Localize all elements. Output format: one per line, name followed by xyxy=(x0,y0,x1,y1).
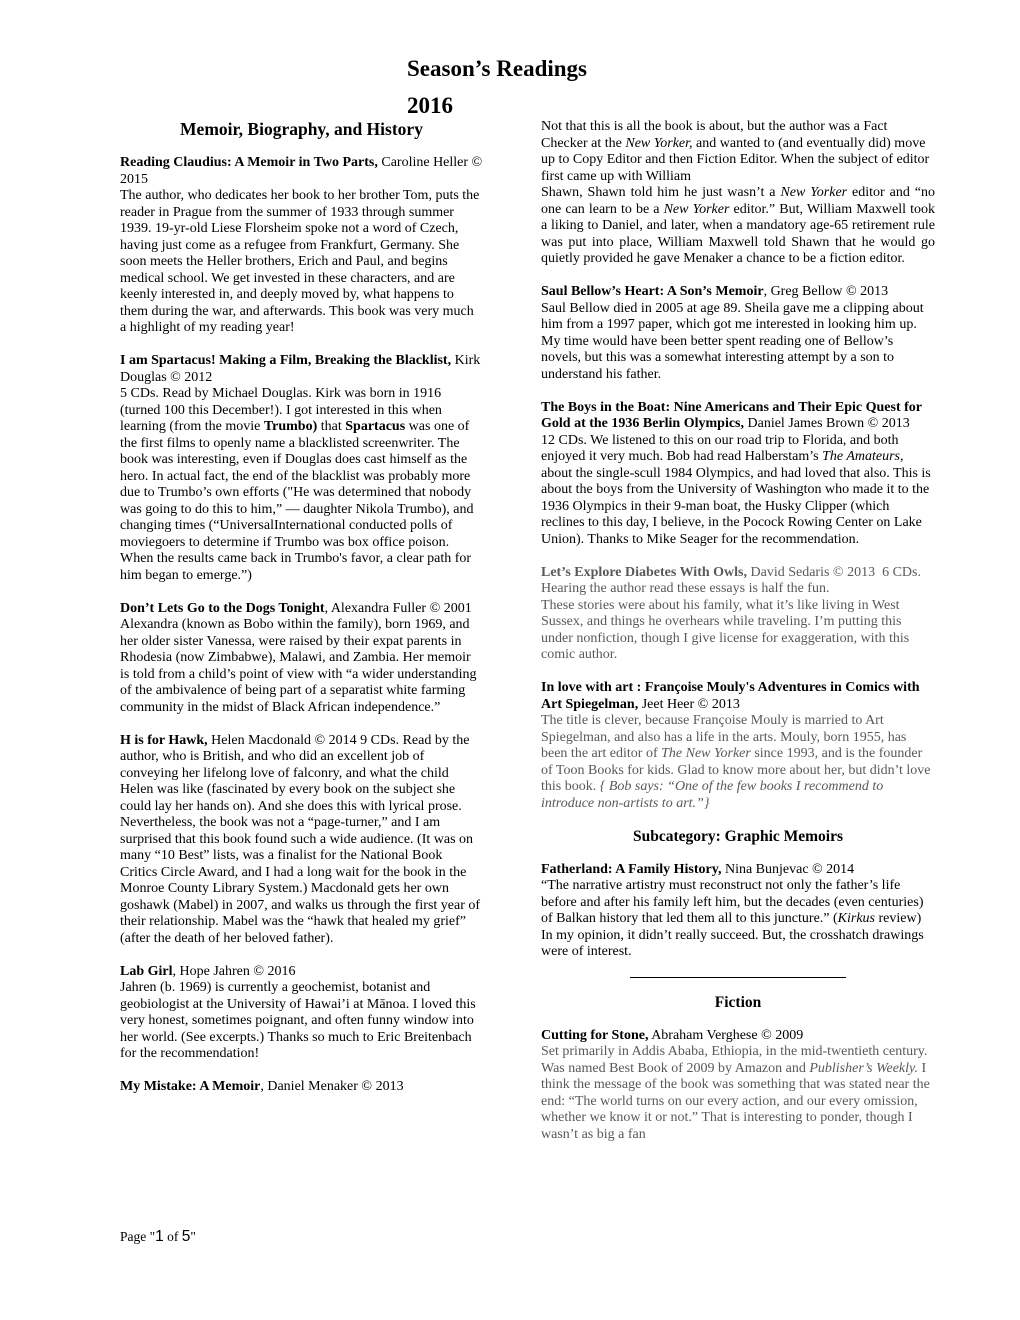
paragraph: Jahren (b. 1969) is currently a geochemi… xyxy=(120,980,483,1063)
text-segment: , Daniel Menaker © 2013 xyxy=(260,1079,403,1094)
text-segment: I am Spartacus! Making a Film, Breaking … xyxy=(120,353,451,368)
left-column-blocks: Reading Claudius: A Memoir in Two Parts,… xyxy=(120,155,483,1096)
entry-dont-lets-go-to-the-dogs: Don’t Lets Go to the Dogs Tonight, Alexa… xyxy=(120,601,483,717)
paragraph: Shawn, Shawn told him he just wasn’t a N… xyxy=(541,185,935,268)
text-segment: Publisher’s Weekly. xyxy=(809,1061,918,1076)
horizontal-divider xyxy=(630,977,846,978)
text-segment: The New Yorker xyxy=(661,746,751,761)
text-segment: Don’t Lets Go to the Dogs Tonight xyxy=(120,601,325,616)
text-segment: Abraham Verghese © 2009 xyxy=(648,1028,803,1043)
text-segment: Let’s Explore Diabetes With Owls, xyxy=(541,565,747,580)
entry-h-is-for-hawk: H is for Hawk, Helen Macdonald © 2014 9 … xyxy=(120,733,483,948)
document-title: Season’s Readings xyxy=(407,50,587,87)
text-segment: , Alexandra Fuller © 2001 xyxy=(325,601,472,616)
paragraph: Cutting for Stone, Abraham Verghese © 20… xyxy=(541,1028,935,1045)
text-segment: Jeet Heer © 2013 xyxy=(638,697,740,712)
text-segment: 1 xyxy=(155,1228,164,1245)
paragraph: Saul Bellow died in 2005 at age 89. Shei… xyxy=(541,301,935,384)
text-segment: was one of the first films to openly nam… xyxy=(120,419,473,583)
text-segment: Shawn, Shawn told him he just wasn’t a xyxy=(541,185,780,200)
right-column-blocks: Not that this is all the book is about, … xyxy=(541,119,935,1143)
paragraph: These stories were about his family, wha… xyxy=(541,598,935,664)
text-segment: New Yorker xyxy=(664,202,730,217)
paragraph: 12 CDs. We listened to this on our road … xyxy=(541,433,935,549)
section-heading: Fiction xyxy=(541,995,935,1012)
text-segment: Fiction xyxy=(715,994,762,1011)
text-segment: Alexandra (known as Bobo within the fami… xyxy=(120,617,477,715)
paragraph: Lab Girl, Hope Jahren © 2016 xyxy=(120,964,483,981)
section-heading: Subcategory: Graphic Memoirs xyxy=(541,829,935,846)
entry-reading-claudius: Reading Claudius: A Memoir in Two Parts,… xyxy=(120,155,483,337)
entry-fatherland: Fatherland: A Family History, Nina Bunje… xyxy=(541,862,935,961)
heading-graphic-memoirs: Subcategory: Graphic Memoirs xyxy=(541,829,935,846)
entry-lets-explore-diabetes: Let’s Explore Diabetes With Owls, David … xyxy=(541,565,935,664)
document-page: Season’s Readings 2016 Memoir, Biography… xyxy=(0,0,1020,1320)
entry-i-am-spartacus: I am Spartacus! Making a Film, Breaking … xyxy=(120,353,483,584)
text-segment: H is for Hawk, xyxy=(120,733,208,748)
text-segment: Nina Bunjevac © 2014 xyxy=(721,862,854,877)
text-segment: New Yorker xyxy=(780,185,847,200)
left-column: Memoir, Biography, and History Reading C… xyxy=(120,119,483,1143)
text-segment: Saul Bellow’s Heart: A Son’s Memoir xyxy=(541,284,764,299)
paragraph: The Boys in the Boat: Nine Americans and… xyxy=(541,400,935,433)
text-segment: Trumbo) xyxy=(264,419,317,434)
document-title-block: Season’s Readings 2016 xyxy=(407,50,587,124)
text-segment: Helen Macdonald © 2014 9 CDs. Read by th… xyxy=(120,733,480,946)
continuation-my-mistake-review: Not that this is all the book is about, … xyxy=(541,119,935,268)
text-segment: Spartacus xyxy=(345,419,405,434)
text-segment: Fatherland: A Family History, xyxy=(541,862,721,877)
paragraph: H is for Hawk, Helen Macdonald © 2014 9 … xyxy=(120,733,483,948)
text-segment: The author, who dedicates her book to he… xyxy=(120,188,479,335)
paragraph: The title is clever, because Françoise M… xyxy=(541,713,935,812)
text-segment: Reading Claudius: A Memoir in Two Parts, xyxy=(120,155,378,170)
text-segment: " xyxy=(190,1229,196,1244)
paragraph: Don’t Lets Go to the Dogs Tonight, Alexa… xyxy=(120,601,483,618)
paragraph: The author, who dedicates her book to he… xyxy=(120,188,483,337)
text-segment: Daniel James Brown © 2013 xyxy=(744,416,910,431)
text-segment: , Hope Jahren © 2016 xyxy=(173,964,296,979)
entry-lab-girl: Lab Girl, Hope Jahren © 2016Jahren (b. 1… xyxy=(120,964,483,1063)
entry-my-mistake: My Mistake: A Memoir, Daniel Menaker © 2… xyxy=(120,1079,483,1096)
text-segment: These stories were about his family, wha… xyxy=(541,598,909,663)
text-segment: Lab Girl xyxy=(120,964,173,979)
text-segment: of xyxy=(164,1229,182,1244)
text-segment: My Mistake: A Memoir xyxy=(120,1079,260,1094)
text-segment: Saul Bellow died in 2005 at age 89. Shei… xyxy=(541,301,924,382)
paragraph: Fatherland: A Family History, Nina Bunje… xyxy=(541,862,935,879)
paragraph: “The narrative artistry must reconstruct… xyxy=(541,878,935,961)
paragraph: Let’s Explore Diabetes With Owls, David … xyxy=(541,565,935,598)
section-divider xyxy=(541,977,935,978)
entry-in-love-with-art: In love with art : Françoise Mouly's Adv… xyxy=(541,680,935,812)
text-segment: The Amateurs xyxy=(822,449,900,464)
two-column-layout: Memoir, Biography, and History Reading C… xyxy=(120,119,935,1143)
paragraph: In love with art : Françoise Mouly's Adv… xyxy=(541,680,935,713)
entry-boys-in-the-boat: The Boys in the Boat: Nine Americans and… xyxy=(541,400,935,549)
paragraph: Set primarily in Addis Ababa, Ethiopia, … xyxy=(541,1044,935,1143)
entry-cutting-for-stone: Cutting for Stone, Abraham Verghese © 20… xyxy=(541,1028,935,1144)
text-segment: Jahren (b. 1969) is currently a geochemi… xyxy=(120,980,476,1061)
text-segment: Cutting for Stone, xyxy=(541,1028,648,1043)
text-segment: New Yorker, xyxy=(625,136,692,151)
text-segment: , Greg Bellow © 2013 xyxy=(764,284,889,299)
page-number-footer: Page "1 of 5" xyxy=(120,1228,196,1246)
paragraph: I am Spartacus! Making a Film, Breaking … xyxy=(120,353,483,386)
text-segment: that xyxy=(317,419,345,434)
paragraph: 5 CDs. Read by Michael Douglas. Kirk was… xyxy=(120,386,483,584)
paragraph: Alexandra (known as Bobo within the fami… xyxy=(120,617,483,716)
text-segment: Page " xyxy=(120,1229,155,1244)
paragraph: Not that this is all the book is about, … xyxy=(541,119,935,185)
text-segment: Subcategory: Graphic Memoirs xyxy=(633,828,843,845)
category-heading-memoir: Memoir, Biography, and History xyxy=(120,119,483,140)
right-column: Not that this is all the book is about, … xyxy=(541,119,935,1143)
heading-fiction: Fiction xyxy=(541,995,935,1012)
paragraph: Reading Claudius: A Memoir in Two Parts,… xyxy=(120,155,483,188)
paragraph: Saul Bellow’s Heart: A Son’s Memoir, Gre… xyxy=(541,284,935,301)
paragraph: My Mistake: A Memoir, Daniel Menaker © 2… xyxy=(120,1079,483,1096)
text-segment: Kirkus xyxy=(838,911,875,926)
entry-saul-bellows-heart: Saul Bellow’s Heart: A Son’s Memoir, Gre… xyxy=(541,284,935,383)
